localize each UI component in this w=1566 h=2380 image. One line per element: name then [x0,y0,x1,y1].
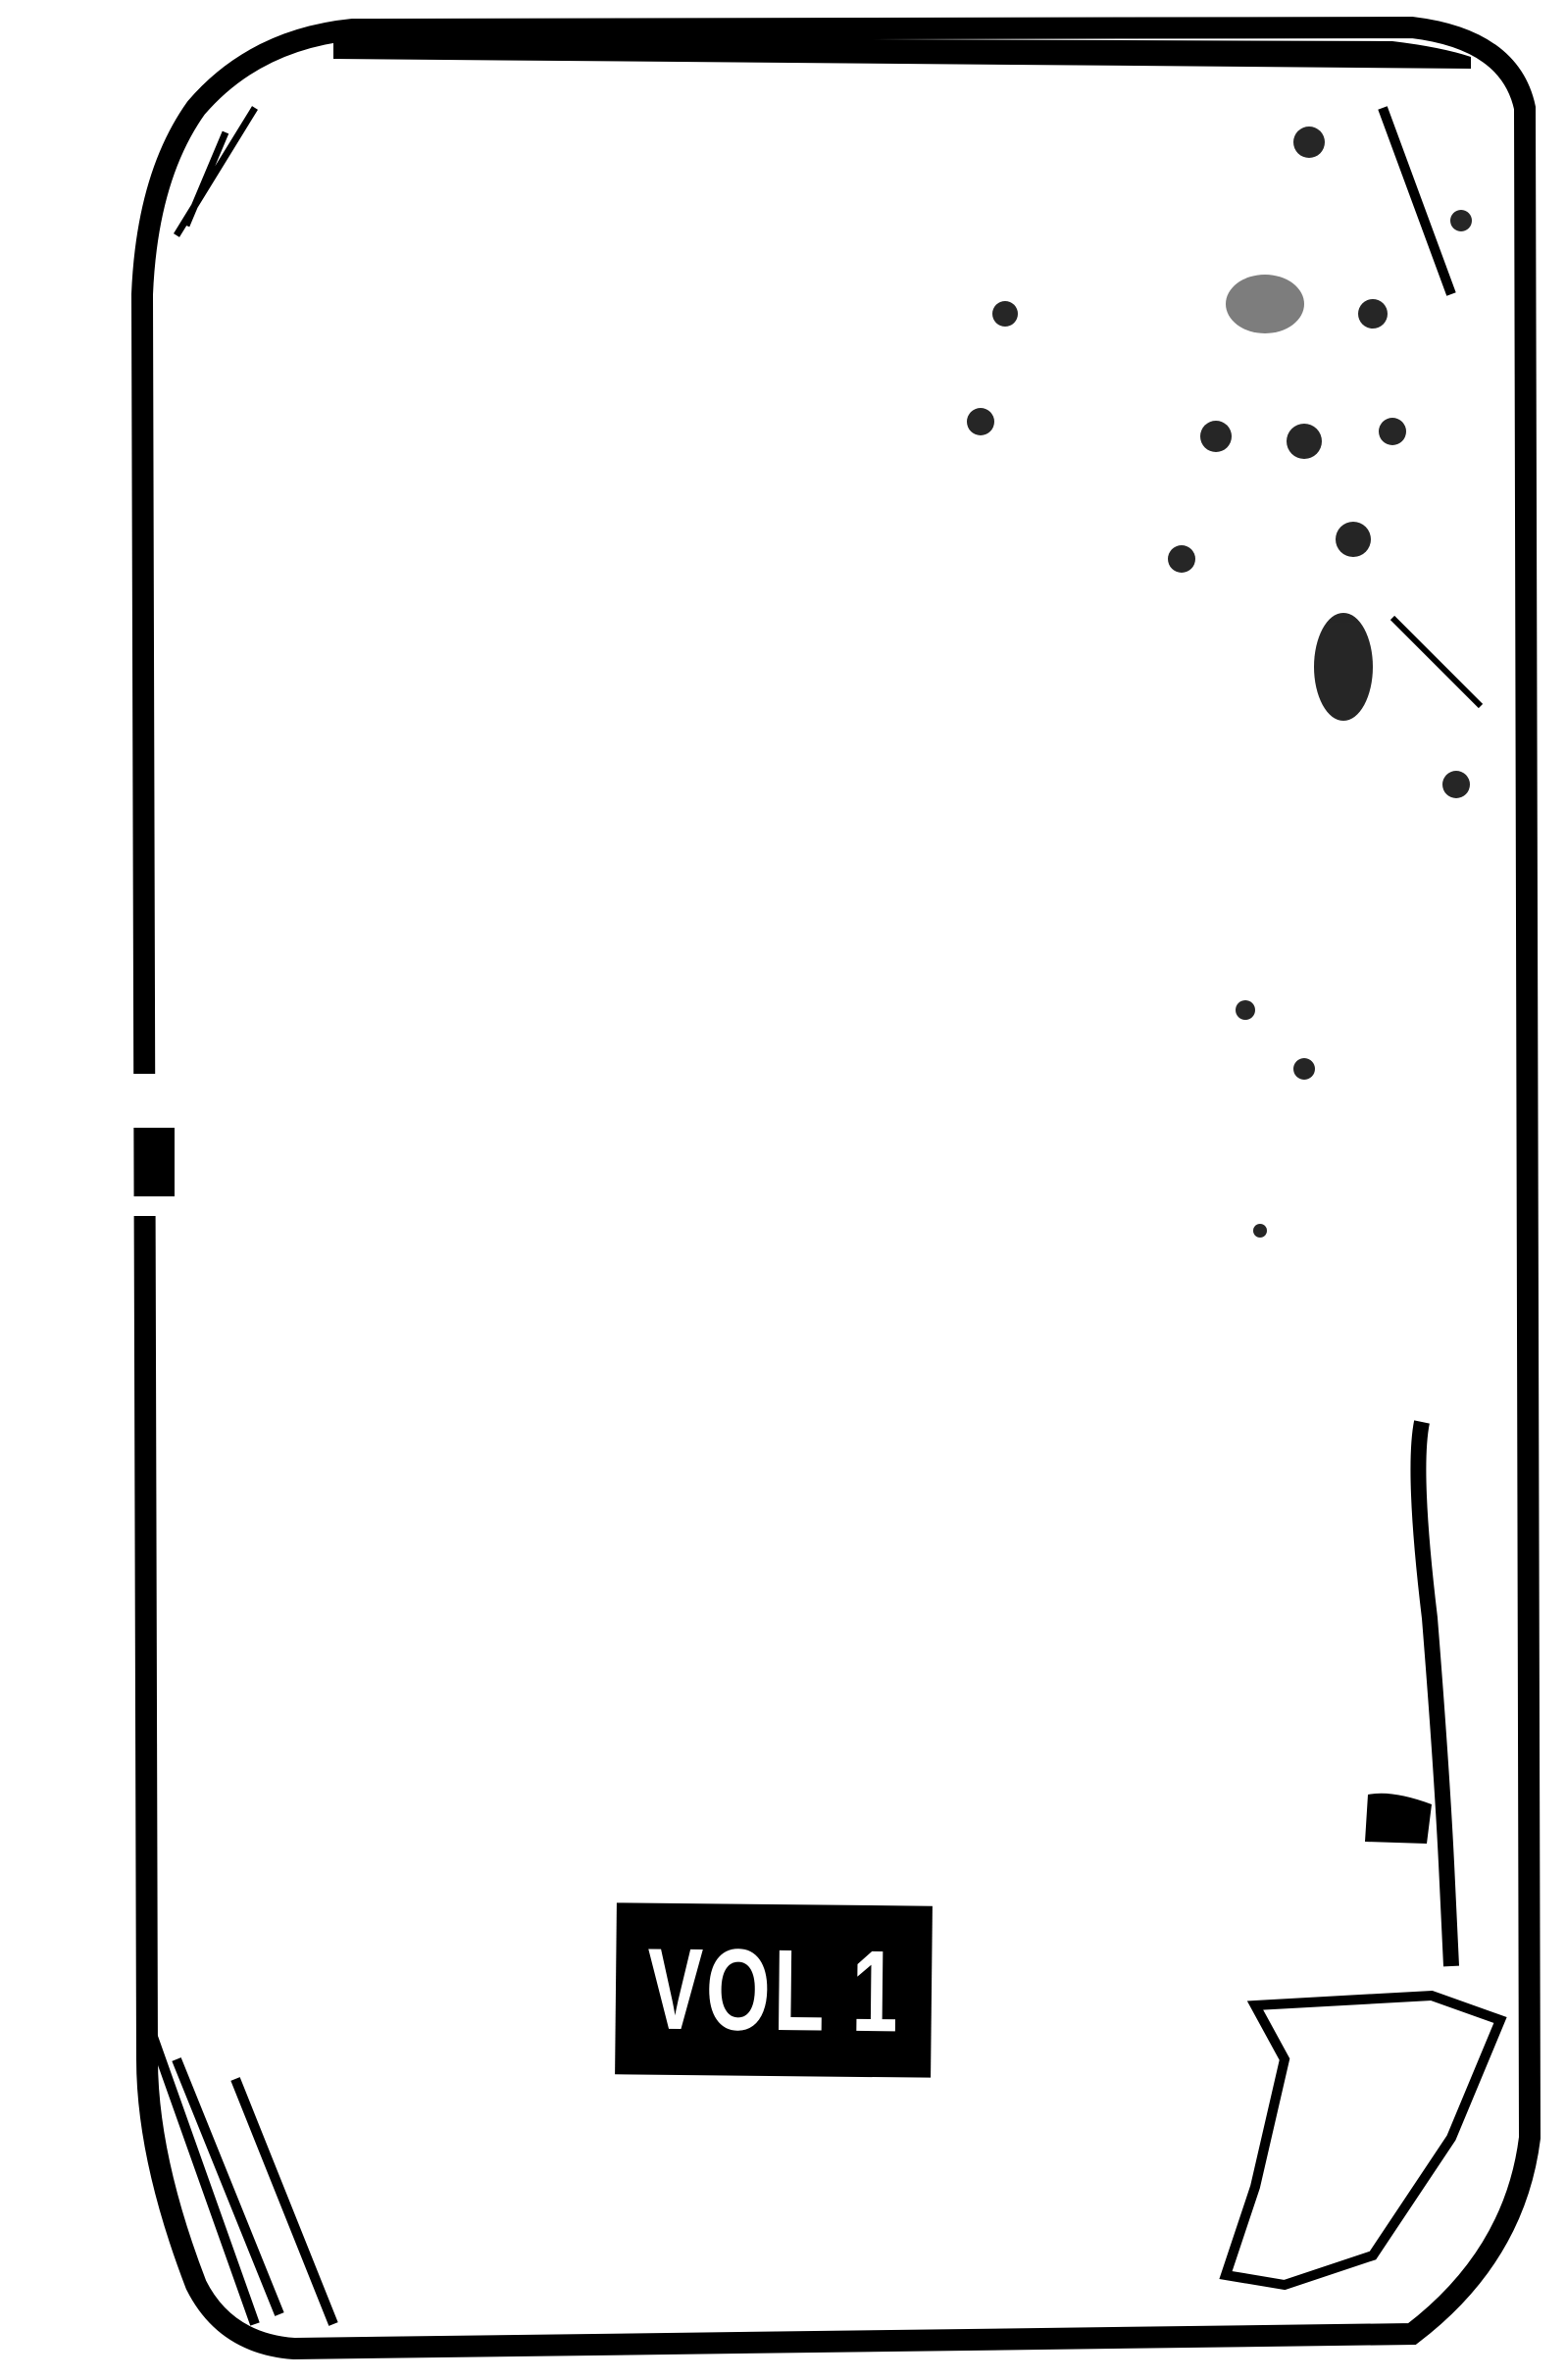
volume-label-text: VOL 1 [646,1931,901,2050]
ribbon-bookmark [1418,1422,1451,1966]
spine-tab [126,1074,175,1128]
volume-label: VOL 1 [615,1902,933,2077]
stain-spots [967,127,1472,1238]
torn-corner [1226,1996,1500,2285]
